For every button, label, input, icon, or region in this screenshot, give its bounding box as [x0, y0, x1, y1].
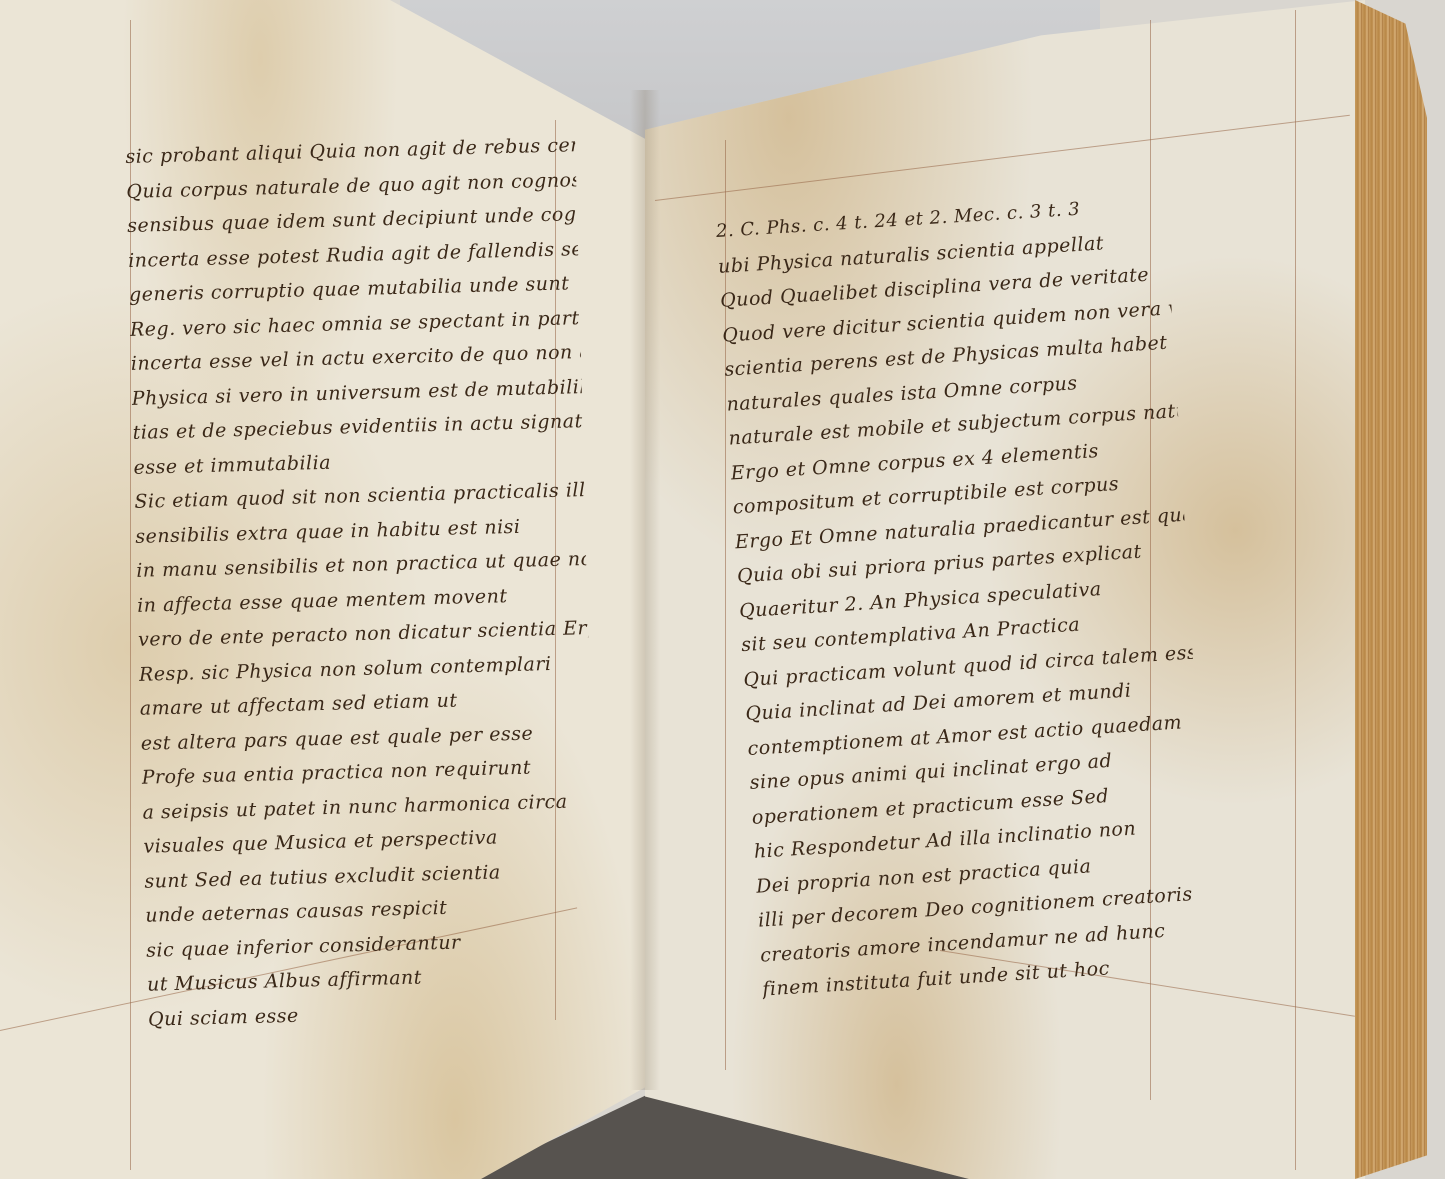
book-gutter — [630, 90, 660, 1090]
gilt-fore-edge — [1355, 0, 1427, 1179]
manuscript-photo: sic probant aliqui Quia non agit de rebu… — [0, 0, 1445, 1179]
right-page-text: 2. C. Phs. c. 4 t. 24 et 2. Mec. c. 3 t.… — [715, 188, 1213, 1007]
left-page-text: sic probant aliqui Quia non agit de rebu… — [125, 128, 598, 1036]
right-outer-rule — [1295, 10, 1296, 1170]
